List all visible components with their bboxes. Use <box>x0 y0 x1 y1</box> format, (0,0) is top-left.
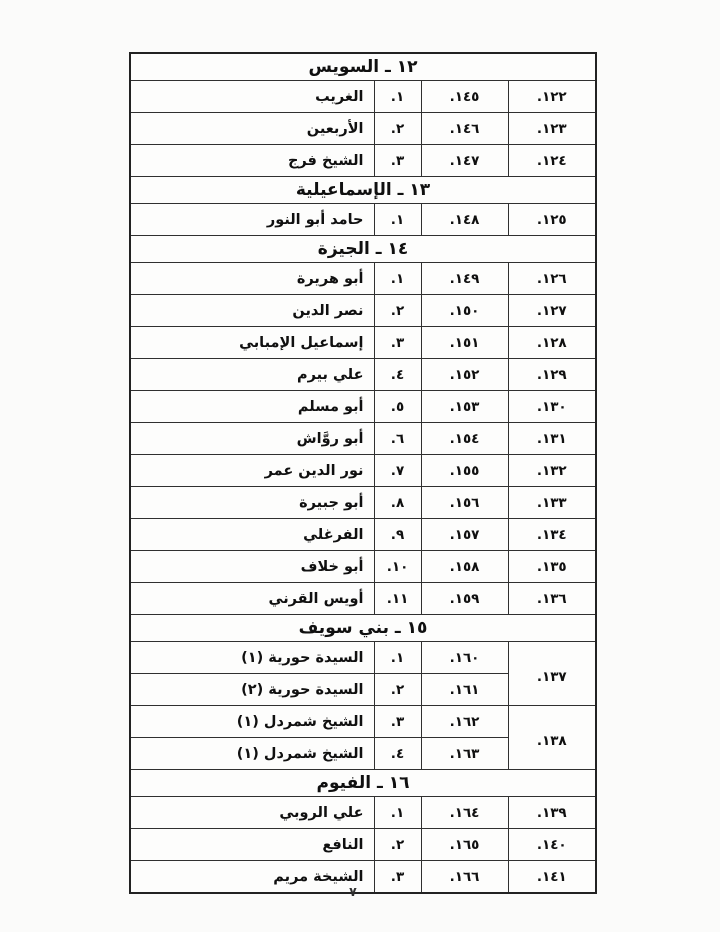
section-row: ١٦ ـ الفيوم <box>130 770 596 797</box>
seq-cell: .٦ <box>374 423 421 455</box>
seq-cell: .٢ <box>374 113 421 145</box>
name-cell: نصر الدين <box>130 295 374 327</box>
code-cell: .١٤٦ <box>421 113 508 145</box>
table-row: .١٣٠.١٥٣.٥أبو مسلم <box>130 391 596 423</box>
code-cell: .١٤٨ <box>421 204 508 236</box>
code-cell: .١٤٧ <box>421 145 508 177</box>
table-row: .١٣٩.١٦٤.١علي الروبي <box>130 797 596 829</box>
serial-cell: .١٣٥ <box>508 551 596 583</box>
table-row: .١٢٥.١٤٨.١حامد أبو النور <box>130 204 596 236</box>
serial-cell: .١٣١ <box>508 423 596 455</box>
document-page: ١٢ ـ السويس.١٢٢.١٤٥.١الغريب.١٢٣.١٤٦.٢الأ… <box>0 0 720 932</box>
seq-cell: .١١ <box>374 583 421 615</box>
section-header: ١٤ ـ الجيزة <box>130 236 596 263</box>
name-cell: أبو هريرة <box>130 263 374 295</box>
code-cell: .١٥٠ <box>421 295 508 327</box>
section-row: ١٤ ـ الجيزة <box>130 236 596 263</box>
serial-cell: .١٤١ <box>508 861 596 894</box>
section-row: ١٢ ـ السويس <box>130 53 596 81</box>
seq-cell: .٣ <box>374 327 421 359</box>
code-cell: .١٥٦ <box>421 487 508 519</box>
table-row: .١٢٤.١٤٧.٣الشيخ فرج <box>130 145 596 177</box>
table-row: .١٢٨.١٥١.٣إسماعيل الإمبابي <box>130 327 596 359</box>
seq-cell: .١ <box>374 81 421 113</box>
serial-cell: .١٢٨ <box>508 327 596 359</box>
serial-cell: .١٣٤ <box>508 519 596 551</box>
serial-cell: .١٢٢ <box>508 81 596 113</box>
name-cell: الأربعين <box>130 113 374 145</box>
section-row: ١٥ ـ بني سويف <box>130 615 596 642</box>
table-row: .١٢٧.١٥٠.٢نصر الدين <box>130 295 596 327</box>
seq-cell: .٣ <box>374 861 421 894</box>
seq-cell: .٢ <box>374 829 421 861</box>
seq-cell: .١ <box>374 263 421 295</box>
name-cell: علي الروبي <box>130 797 374 829</box>
seq-cell: .٧ <box>374 455 421 487</box>
name-cell: إسماعيل الإمبابي <box>130 327 374 359</box>
name-cell: أبو مسلم <box>130 391 374 423</box>
code-cell: .١٤٥ <box>421 81 508 113</box>
seq-cell: .٣ <box>374 706 421 738</box>
serial-cell: .١٣٨ <box>508 706 596 770</box>
seq-cell: .١٠ <box>374 551 421 583</box>
code-cell: .١٦٣ <box>421 738 508 770</box>
code-cell: .١٦١ <box>421 674 508 706</box>
name-cell: الشيخ فرج <box>130 145 374 177</box>
section-header: ١٣ ـ الإسماعيلية <box>130 177 596 204</box>
page-number: ٧ <box>338 884 368 899</box>
serial-cell: .١٣٣ <box>508 487 596 519</box>
code-cell: .١٦٤ <box>421 797 508 829</box>
name-cell: علي بيرم <box>130 359 374 391</box>
code-cell: .١٥٧ <box>421 519 508 551</box>
table-row: .١٤٠.١٦٥.٢النافع <box>130 829 596 861</box>
code-cell: .١٥٩ <box>421 583 508 615</box>
table-row: .١٣٤.١٥٧.٩الفرغلي <box>130 519 596 551</box>
serial-cell: .١٢٩ <box>508 359 596 391</box>
table-row: .١٣٢.١٥٥.٧نور الدين عمر <box>130 455 596 487</box>
seq-cell: .٤ <box>374 359 421 391</box>
section-header: ١٢ ـ السويس <box>130 53 596 81</box>
seq-cell: .١ <box>374 642 421 674</box>
table-row: .١٢٦.١٤٩.١أبو هريرة <box>130 263 596 295</box>
table-row: .١٢٩.١٥٢.٤علي بيرم <box>130 359 596 391</box>
serial-cell: .١٣٢ <box>508 455 596 487</box>
section-header: ١٦ ـ الفيوم <box>130 770 596 797</box>
serial-cell: .١٢٥ <box>508 204 596 236</box>
serial-cell: .١٣٧ <box>508 642 596 706</box>
table-row: .١٣٨.١٦٢.٣الشيخ شمردل (١) <box>130 706 596 738</box>
code-cell: .١٥٤ <box>421 423 508 455</box>
code-cell: .١٦٢ <box>421 706 508 738</box>
code-cell: .١٤٩ <box>421 263 508 295</box>
code-cell: .١٥٨ <box>421 551 508 583</box>
name-cell: النافع <box>130 829 374 861</box>
code-cell: .١٥٢ <box>421 359 508 391</box>
seq-cell: .٢ <box>374 295 421 327</box>
name-cell: السيدة حورية (٢) <box>130 674 374 706</box>
code-cell: .١٥٣ <box>421 391 508 423</box>
seq-cell: .١ <box>374 797 421 829</box>
name-cell: الغريب <box>130 81 374 113</box>
serial-cell: .١٤٠ <box>508 829 596 861</box>
name-cell: أبو جبيرة <box>130 487 374 519</box>
name-cell: حامد أبو النور <box>130 204 374 236</box>
name-cell: أويس القرني <box>130 583 374 615</box>
table-row: .١٢٣.١٤٦.٢الأربعين <box>130 113 596 145</box>
table-row: .١٣٣.١٥٦.٨أبو جبيرة <box>130 487 596 519</box>
table-row: .١٣١.١٥٤.٦أبو روَّاش <box>130 423 596 455</box>
name-cell: نور الدين عمر <box>130 455 374 487</box>
code-cell: .١٥١ <box>421 327 508 359</box>
seq-cell: .٨ <box>374 487 421 519</box>
table-row: .١٣٧.١٦٠.١السيدة حورية (١) <box>130 642 596 674</box>
roster-table: ١٢ ـ السويس.١٢٢.١٤٥.١الغريب.١٢٣.١٤٦.٢الأ… <box>129 52 597 894</box>
seq-cell: .٤ <box>374 738 421 770</box>
code-cell: .١٦٥ <box>421 829 508 861</box>
table-row: .١٢٢.١٤٥.١الغريب <box>130 81 596 113</box>
seq-cell: .١ <box>374 204 421 236</box>
name-cell: أبو روَّاش <box>130 423 374 455</box>
section-row: ١٣ ـ الإسماعيلية <box>130 177 596 204</box>
seq-cell: .٥ <box>374 391 421 423</box>
code-cell: .١٦٠ <box>421 642 508 674</box>
name-cell: الشيخ شمردل (١) <box>130 738 374 770</box>
name-cell: الفرغلي <box>130 519 374 551</box>
serial-cell: .١٢٦ <box>508 263 596 295</box>
name-cell: الشيخ شمردل (١) <box>130 706 374 738</box>
name-cell: أبو خلاف <box>130 551 374 583</box>
code-cell: .١٦٦ <box>421 861 508 894</box>
code-cell: .١٥٥ <box>421 455 508 487</box>
table-row: .١٣٥.١٥٨.١٠أبو خلاف <box>130 551 596 583</box>
serial-cell: .١٢٤ <box>508 145 596 177</box>
seq-cell: .٩ <box>374 519 421 551</box>
section-header: ١٥ ـ بني سويف <box>130 615 596 642</box>
serial-cell: .١٣٩ <box>508 797 596 829</box>
serial-cell: .١٣٠ <box>508 391 596 423</box>
seq-cell: .٢ <box>374 674 421 706</box>
seq-cell: .٣ <box>374 145 421 177</box>
table-row: .١٣٦.١٥٩.١١أويس القرني <box>130 583 596 615</box>
serial-cell: .١٣٦ <box>508 583 596 615</box>
serial-cell: .١٢٧ <box>508 295 596 327</box>
serial-cell: .١٢٣ <box>508 113 596 145</box>
name-cell: السيدة حورية (١) <box>130 642 374 674</box>
